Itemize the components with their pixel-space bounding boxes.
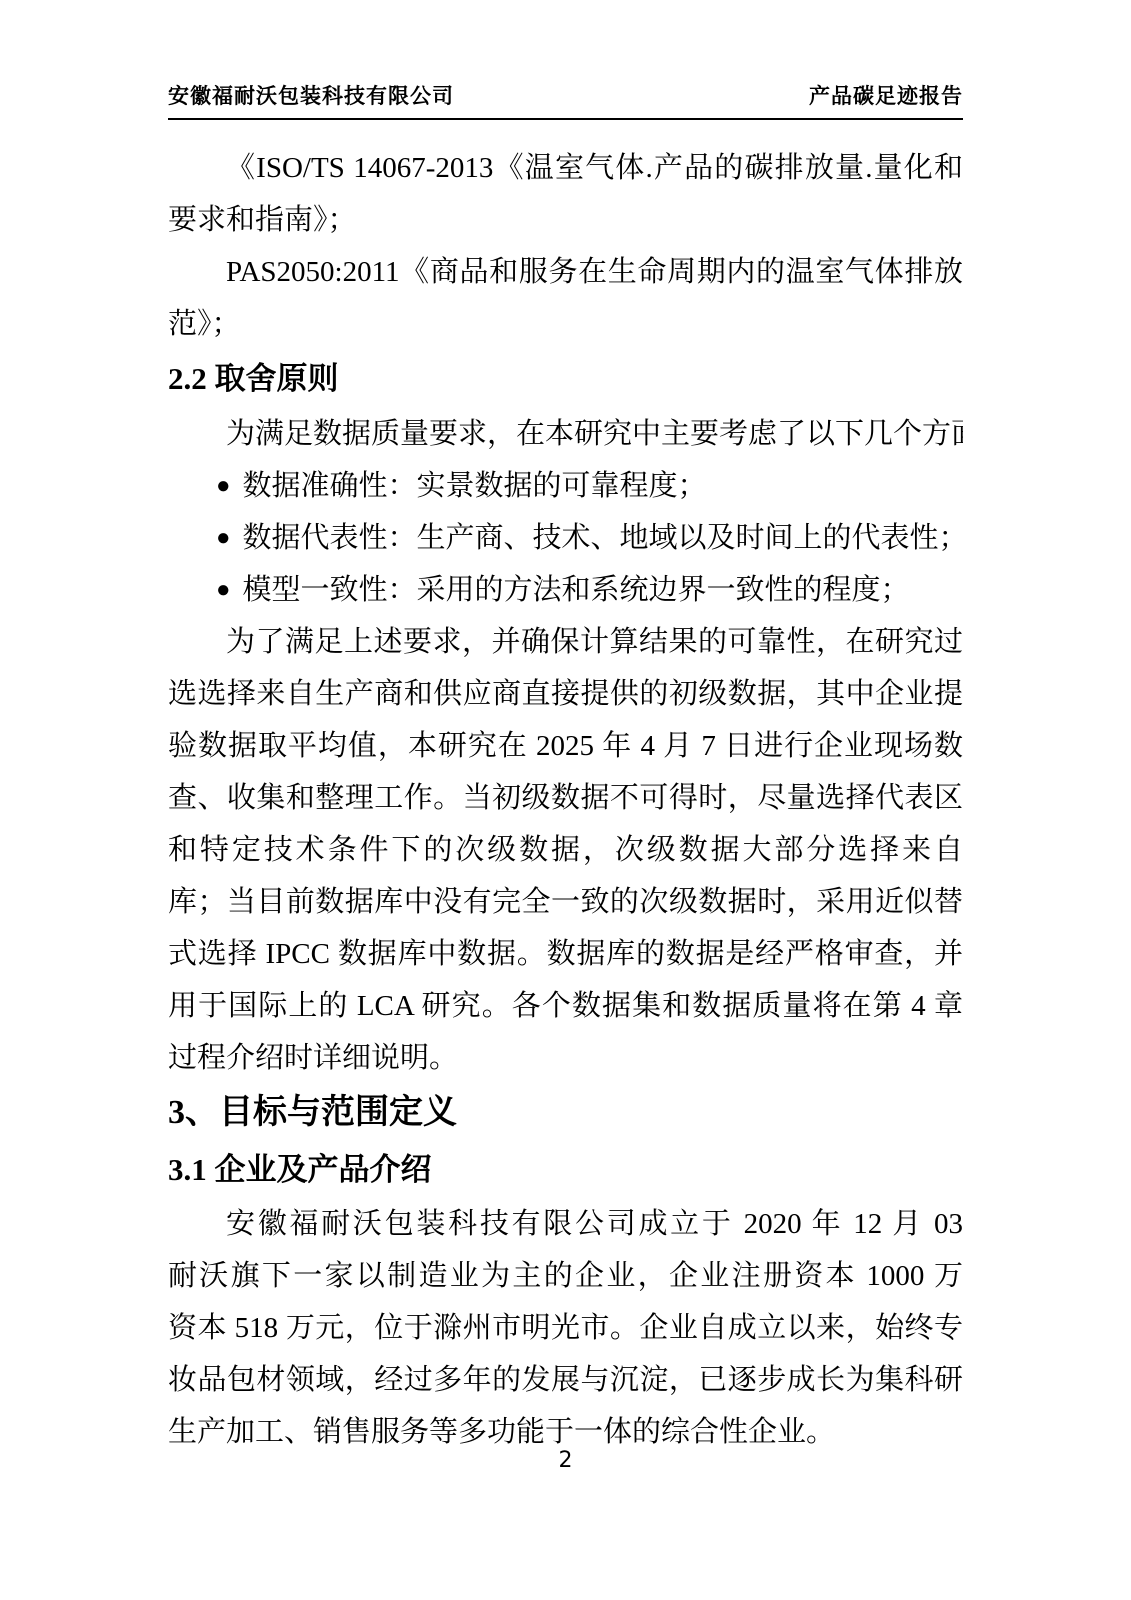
page-footer: 2 [168, 1448, 963, 1473]
text-line: 过程介绍时详细说明。 [168, 1032, 963, 1084]
bullet-icon: ● [216, 473, 231, 499]
text-line: 资本 518 万元，位于滁州市明光市。企业自成立以来，始终专注于化 [168, 1302, 963, 1354]
bullet-item: ●数据准确性：实景数据的可靠程度； [168, 460, 963, 512]
text-line: 妆品包材领域，经过多年的发展与沉淀，已逐步成长为集科研开发、 [168, 1354, 963, 1406]
text-line: 和特定技术条件下的次级数据，次级数据大部分选择来自 IPCC 数据 [168, 824, 963, 876]
text-line: 安徽福耐沃包装科技有限公司成立于 2020 年 12 月 03 日，是福 [168, 1198, 963, 1250]
text-line: 库；当目前数据库中没有完全一致的次级数据时，采用近似替代的方 [168, 876, 963, 928]
paragraph-quality-intro: 为满足数据质量要求，在本研究中主要考虑了以下几个方面： [168, 408, 963, 460]
section-heading-3: 3、目标与范围定义 [168, 1084, 963, 1142]
text-line: 式选择 IPCC 数据库中数据。数据库的数据是经严格审查，并广泛应 [168, 928, 963, 980]
paragraph-iso-standard: 《ISO/TS 14067-2013《温室气体.产品的碳排放量.量化和通信的 要… [168, 142, 963, 246]
paragraph-pas-standard: PAS2050:2011《商品和服务在生命周期内的温室气体排放评价规 范》； [168, 246, 963, 350]
paragraph-data-selection: 为了满足上述要求，并确保计算结果的可靠性，在研究过程中首 选选择来自生产商和供应… [168, 616, 963, 1084]
text-line: 查、收集和整理工作。当初级数据不可得时，尽量选择代表区域平均 [168, 772, 963, 824]
text-line: 《ISO/TS 14067-2013《温室气体.产品的碳排放量.量化和通信的 [168, 142, 963, 194]
bullet-icon: ● [216, 577, 231, 603]
text-line: 选选择来自生产商和供应商直接提供的初级数据，其中企业提供的经 [168, 668, 963, 720]
section-heading-3-1: 3.1 企业及产品介绍 [168, 1142, 963, 1198]
document-body: 《ISO/TS 14067-2013《温室气体.产品的碳排放量.量化和通信的 要… [168, 142, 963, 1458]
page-header: 安徽福耐沃包装科技有限公司 产品碳足迹报告 [168, 80, 963, 120]
text-line: 要求和指南》； [168, 194, 963, 246]
bullet-list: ●数据准确性：实景数据的可靠程度； ●数据代表性：生产商、技术、地域以及时间上的… [168, 460, 963, 616]
text-line: 耐沃旗下一家以制造业为主的企业，企业注册资本 1000 万元，实缴 [168, 1250, 963, 1302]
bullet-item-text: 数据准确性：实景数据的可靠程度； [243, 470, 707, 502]
text-line: 为了满足上述要求，并确保计算结果的可靠性，在研究过程中首 [168, 616, 963, 668]
text-line: 用于国际上的 LCA 研究。各个数据集和数据质量将在第 4 章对每个 [168, 980, 963, 1032]
bullet-item-text: 数据代表性：生产商、技术、地域以及时间上的代表性； [243, 522, 968, 554]
text-line: 范》； [168, 298, 963, 350]
section-heading-2-2: 2.2 取舍原则 [168, 350, 963, 408]
page-number: 2 [559, 1448, 573, 1473]
document-page: 安徽福耐沃包装科技有限公司 产品碳足迹报告 《ISO/TS 14067-2013… [0, 0, 1131, 1600]
bullet-icon: ● [216, 525, 231, 551]
bullet-item: ●模型一致性：采用的方法和系统边界一致性的程度； [168, 564, 963, 616]
bullet-item-text: 模型一致性：采用的方法和系统边界一致性的程度； [243, 574, 910, 606]
paragraph-company-intro: 安徽福耐沃包装科技有限公司成立于 2020 年 12 月 03 日，是福 耐沃旗… [168, 1198, 963, 1458]
header-report-title: 产品碳足迹报告 [809, 80, 963, 110]
text-line: 验数据取平均值，本研究在 2025 年 4 月 7 日进行企业现场数据的调 [168, 720, 963, 772]
bullet-item: ●数据代表性：生产商、技术、地域以及时间上的代表性； [168, 512, 963, 564]
header-company-name: 安徽福耐沃包装科技有限公司 [168, 80, 454, 110]
text-line: PAS2050:2011《商品和服务在生命周期内的温室气体排放评价规 [168, 246, 963, 298]
